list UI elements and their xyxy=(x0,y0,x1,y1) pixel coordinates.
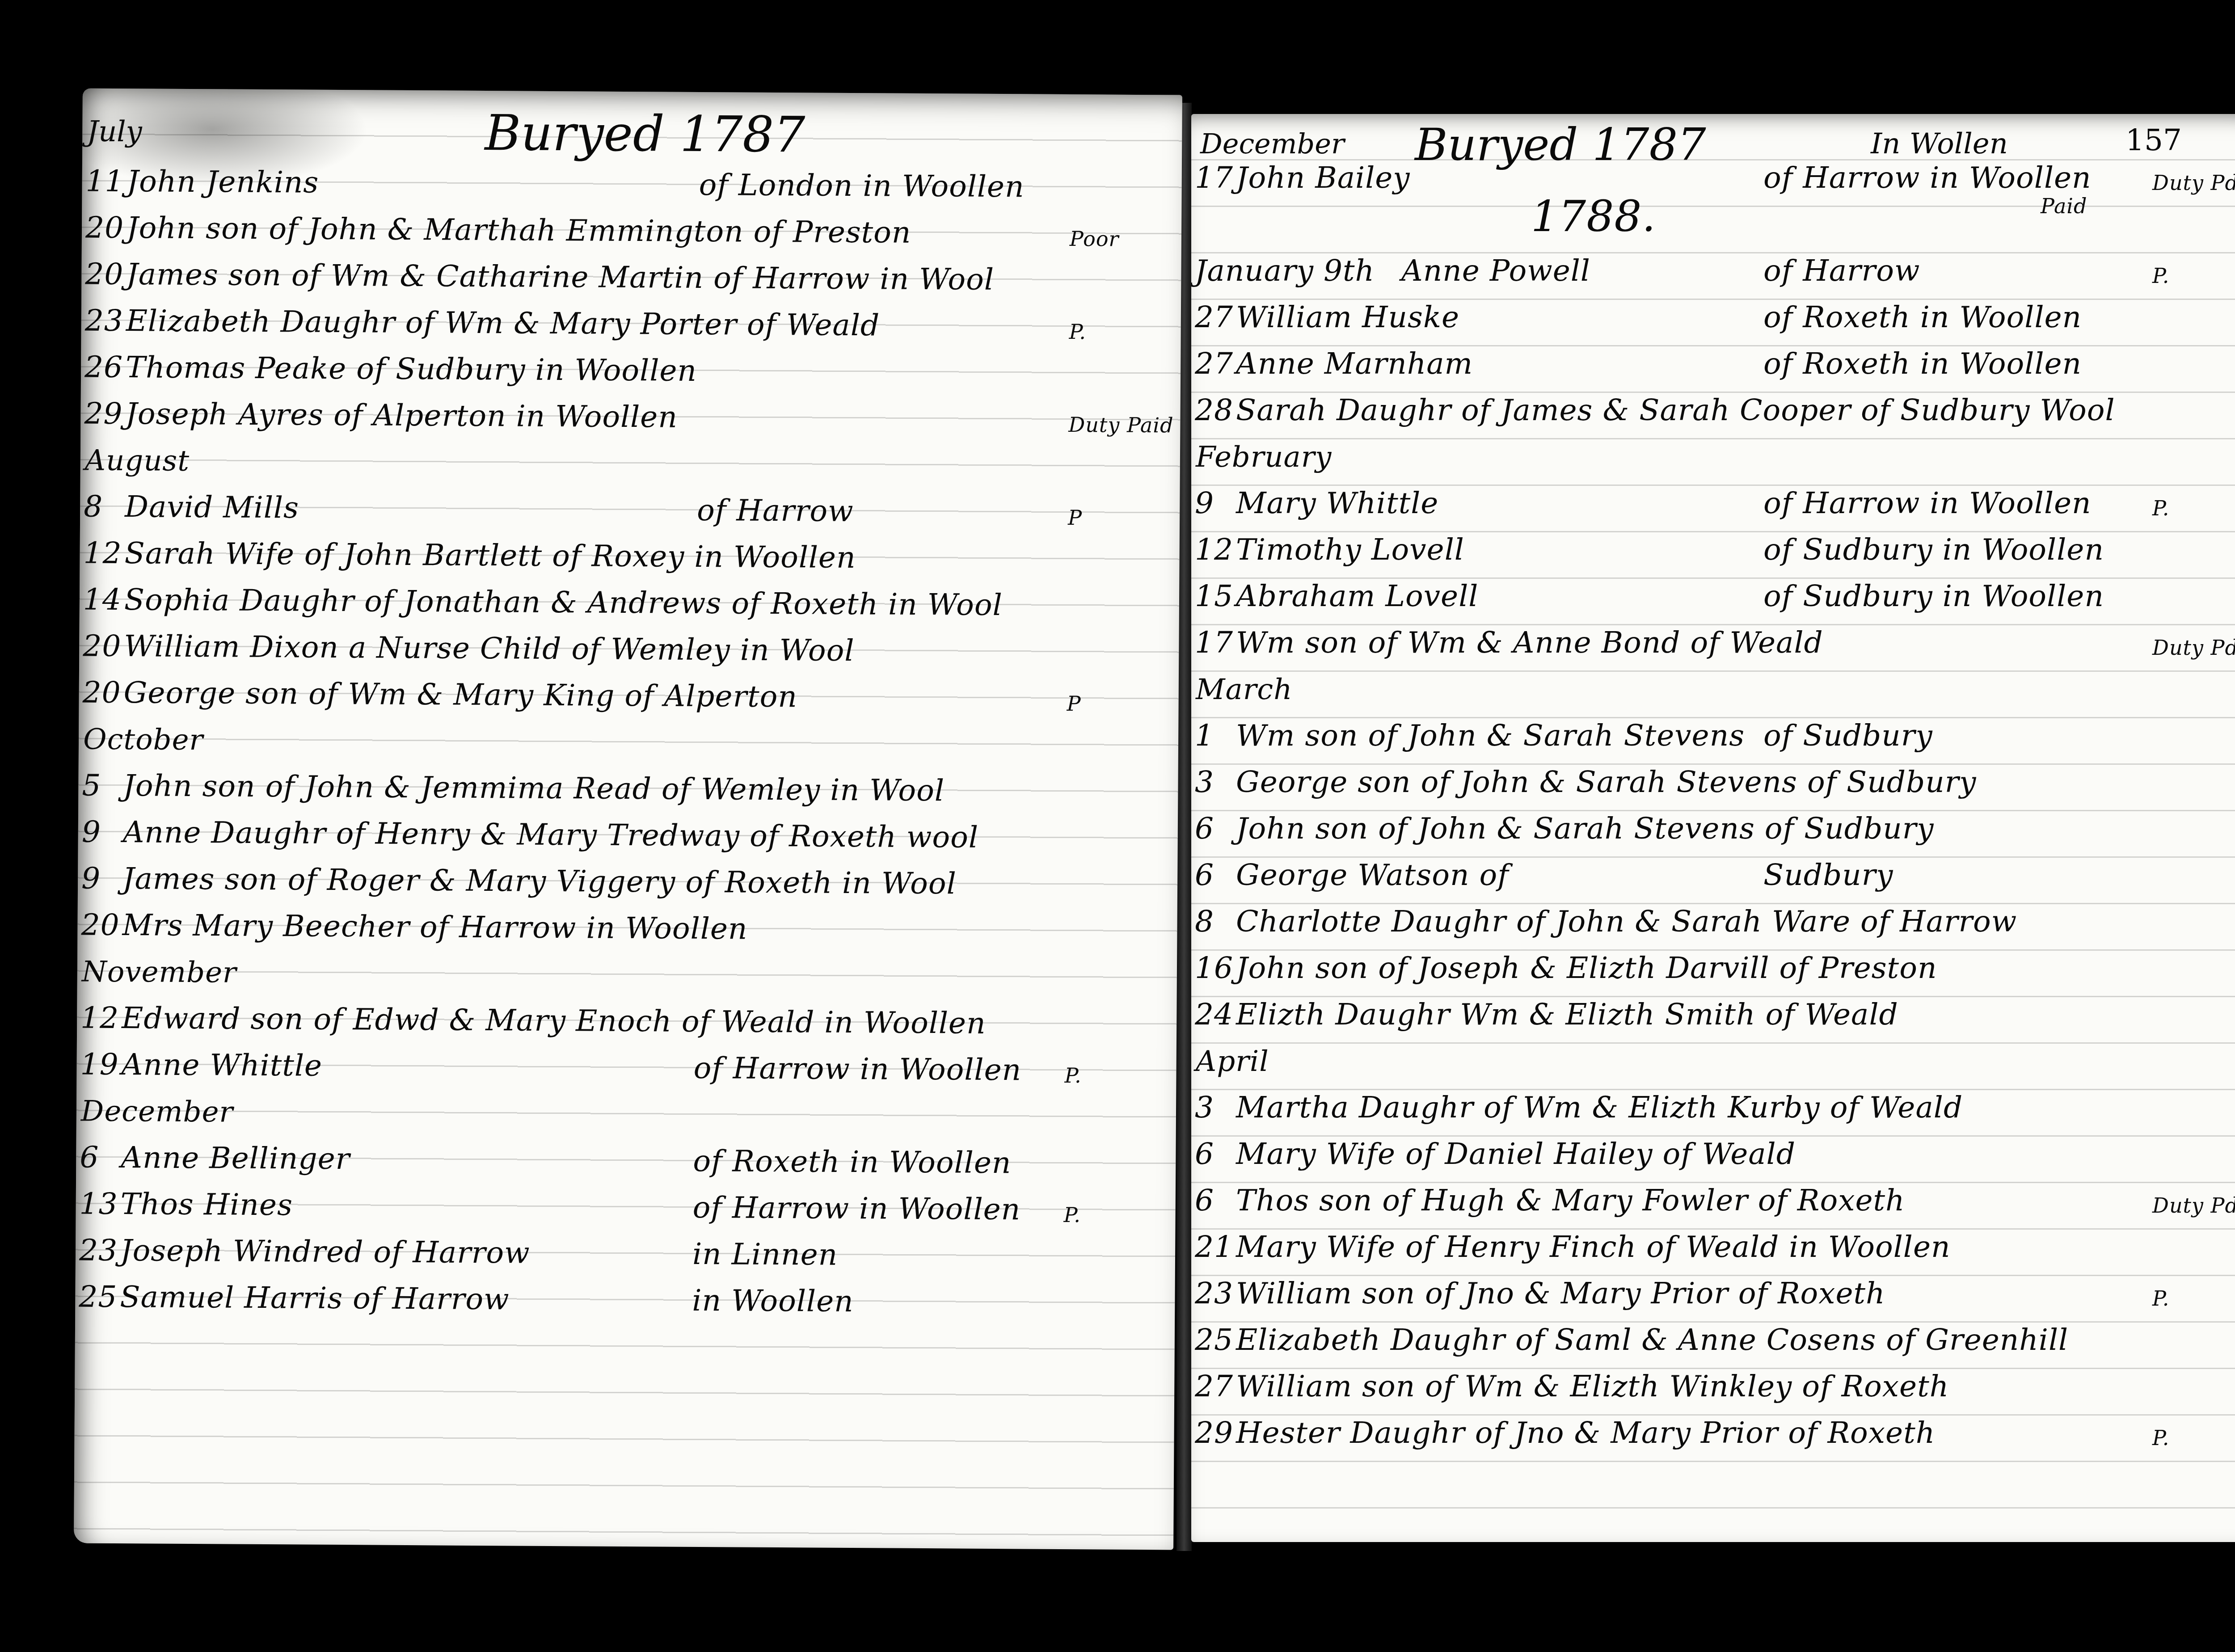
entry-name: Martha Daughr of Wm & Elizth Kurby of We… xyxy=(1236,1090,1963,1125)
burial-entry: 26Thomas Peake of Sudbury in Woollen xyxy=(81,346,1181,399)
burial-entry: 29Hester Daughr of Jno & Mary Prior of R… xyxy=(1191,1412,2235,1458)
entry-place: of Harrow in Woollen xyxy=(1763,160,2092,195)
entry-day: January 9th xyxy=(1195,253,1375,288)
burial-entry: 3George son of John & Sarah Stevens of S… xyxy=(1191,761,2235,807)
burial-entry: 8David Millsof HarrowP xyxy=(80,485,1180,539)
entry-day: 8 xyxy=(84,489,119,524)
entry-name: George son of John & Sarah Stevens of Su… xyxy=(1236,765,1977,799)
entry-place: of Harrow in Woollen xyxy=(693,1051,1021,1087)
entry-day: 19 xyxy=(80,1047,118,1082)
entry-margin-note: P. xyxy=(1069,320,1087,344)
entry-name: Timothy Lovell xyxy=(1236,532,1464,567)
month-heading: November xyxy=(82,956,237,990)
entry-name: Charlotte Daughr of John & Sarah Ware of… xyxy=(1236,904,2017,939)
entry-day: 6 xyxy=(80,1140,115,1175)
entry-name: Anne Whittle xyxy=(121,1047,322,1083)
entry-name: Samuel Harris of Harrow xyxy=(120,1280,510,1316)
entry-day: 28 xyxy=(1195,393,1233,427)
entry-name: John Jenkins xyxy=(127,164,319,200)
register-page-right: December Buryed 1787 In Wollen 157 17Joh… xyxy=(1191,114,2235,1542)
month-heading: August xyxy=(80,439,1181,492)
burial-entry: 6Anne Bellingerof Roxeth in Woollen xyxy=(76,1136,1176,1189)
entry-day: 11 xyxy=(85,164,124,199)
entry-day: 25 xyxy=(1195,1323,1233,1357)
entry-day: 20 xyxy=(81,908,119,943)
entry-margin-note: Duty Paid xyxy=(1068,413,1173,437)
entry-place: in Woollen xyxy=(692,1283,854,1319)
entry-day: 23 xyxy=(85,303,123,338)
entry-day: 9 xyxy=(1195,486,1231,520)
entry-day: 6 xyxy=(1195,858,1231,892)
burial-entry: 24Elizth Daughr Wm & Elizth Smith of Wea… xyxy=(1191,993,2235,1040)
burial-entry: 1Wm son of John & Sarah Stevensof Sudbur… xyxy=(1191,714,2235,761)
entry-name: Mary Wife of Daniel Hailey of Weald xyxy=(1236,1137,1796,1171)
month-heading: December xyxy=(1200,127,1345,160)
entry-day: 6 xyxy=(1195,811,1231,846)
entry-name: James son of Roger & Mary Viggery of Rox… xyxy=(122,861,957,901)
entry-margin-note: P. xyxy=(2152,496,2169,520)
page-number: 157 xyxy=(2125,123,2182,157)
burial-entry: 8Charlotte Daughr of John & Sarah Ware o… xyxy=(1191,900,2235,947)
month-heading: October xyxy=(79,717,1179,771)
burial-entry: 27William Huskeof Roxeth in Woollen xyxy=(1191,296,2235,342)
entry-day: 14 xyxy=(83,582,122,617)
entry-name: Thomas Peake of Sudbury in Woollen xyxy=(126,350,697,388)
entry-name: Thos son of Hugh & Mary Fowler of Roxeth xyxy=(1236,1183,1905,1218)
entry-day: 12 xyxy=(80,1001,119,1036)
entry-name: Edward son of Edwd & Mary Enoch of Weald… xyxy=(122,1001,986,1041)
burial-entry: 20Mrs Mary Beecher of Harrow in Woollen xyxy=(77,903,1177,957)
entry-day: 29 xyxy=(1195,1416,1233,1450)
burial-entry: 12Sarah Wife of John Bartlett of Roxey i… xyxy=(80,531,1180,585)
burial-entry: 11John Jenkinsof London in Woollen xyxy=(82,160,1182,213)
month-heading: April xyxy=(1196,1045,1269,1078)
entry-day: 26 xyxy=(84,350,123,385)
entry-day: 20 xyxy=(82,675,121,710)
entry-name: Elizabeth Daughr of Wm & Mary Porter of … xyxy=(126,303,880,342)
month-heading: December xyxy=(76,1089,1177,1142)
entry-day: 12 xyxy=(1195,532,1233,567)
entry-name: John son of Joseph & Elizth Darvill of P… xyxy=(1236,951,1937,985)
burial-entry: 12Edward son of Edwd & Mary Enoch of Wea… xyxy=(77,996,1177,1049)
entry-margin-note: P. xyxy=(2152,1426,2169,1450)
entry-name: John son of John & Jemmima Read of Wemle… xyxy=(123,768,945,808)
burial-entry: 27Anne Marnhamof Roxeth in Woollen xyxy=(1191,342,2235,389)
entry-name: John son of John & Sarah Stevens of Sudb… xyxy=(1236,811,1934,846)
burial-entry: 3Martha Daughr of Wm & Elizth Kurby of W… xyxy=(1191,1086,2235,1133)
entry-place: of Sudbury in Woollen xyxy=(1763,532,2104,567)
entry-name: David Mills xyxy=(125,489,299,525)
burial-entry: 6John son of John & Sarah Stevens of Sud… xyxy=(1191,807,2235,854)
entry-margin-note: Duty Pd xyxy=(2152,171,2235,195)
entry-margin-note: P. xyxy=(2152,264,2169,288)
burial-entry: 9James son of Roger & Mary Viggery of Ro… xyxy=(78,857,1178,910)
entry-margin-note: P. xyxy=(1063,1203,1081,1227)
entry-name: George son of Wm & Mary King of Alperton xyxy=(123,675,797,714)
burial-entry: 29Joseph Ayres of Alperton in WoollenDut… xyxy=(80,392,1181,446)
burial-entry: 20William Dixon a Nurse Child of Wemley … xyxy=(79,624,1179,678)
entry-day: 15 xyxy=(1195,579,1233,613)
burial-entry: 6Mary Wife of Daniel Hailey of Weald xyxy=(1191,1133,2235,1179)
entry-place: of London in Woollen xyxy=(699,168,1024,204)
burial-entry: 16John son of Joseph & Elizth Darvill of… xyxy=(1191,947,2235,993)
entry-name: William Huske xyxy=(1236,300,1459,334)
entry-margin-note: P xyxy=(1067,691,1081,716)
entry-name: Anne Daughr of Henry & Mary Tredway of R… xyxy=(123,815,979,855)
entry-name: William son of Wm & Elizth Winkley of Ro… xyxy=(1236,1369,1949,1403)
entry-place: of Roxeth in Woollen xyxy=(1763,300,2082,334)
month-heading: March xyxy=(1196,673,1292,706)
entry-day: 8 xyxy=(1195,904,1231,939)
burial-entry: 9Mary Whittleof Harrow in WoollenP. xyxy=(1191,482,2235,528)
entry-day: 16 xyxy=(1195,951,1233,985)
burial-entry: 5John son of John & Jemmima Read of Weml… xyxy=(78,764,1178,817)
entry-name: Thos Hines xyxy=(120,1187,293,1222)
entry-name: John Bailey xyxy=(1236,160,1410,195)
entry-day: 20 xyxy=(85,257,123,292)
entry-name: Sarah Wife of John Bartlett of Roxey in … xyxy=(124,536,856,575)
entry-day: 9 xyxy=(82,815,118,849)
burial-entry: 23Joseph Windred of Harrowin Linnen xyxy=(76,1229,1176,1282)
entry-name: Elizth Daughr Wm & Elizth Smith of Weald xyxy=(1236,997,1898,1032)
entry-day: 23 xyxy=(1195,1276,1233,1311)
entry-name: Anne Marnham xyxy=(1236,346,1473,381)
entry-day: 5 xyxy=(82,768,118,803)
entry-place: of Sudbury in Woollen xyxy=(1763,579,2104,613)
entry-margin-note: Duty Pd xyxy=(2152,1193,2235,1218)
month-heading: March xyxy=(1191,668,2235,714)
entry-day: 23 xyxy=(79,1233,118,1268)
month-heading: April xyxy=(1191,1040,2235,1086)
entry-place: of Harrow xyxy=(1763,253,1920,288)
entry-day: 29 xyxy=(84,396,122,431)
burial-entry: 6Thos son of Hugh & Mary Fowler of Roxet… xyxy=(1191,1179,2235,1226)
burial-entry: 23Elizabeth Daughr of Wm & Mary Porter o… xyxy=(81,299,1181,353)
month-heading: December xyxy=(81,1095,233,1129)
entry-day: 27 xyxy=(1195,300,1233,334)
entry-day: 17 xyxy=(1195,625,1233,660)
burial-entry: 19Anne Whittleof Harrow in WoollenP. xyxy=(76,1043,1177,1096)
burial-entry: 20George son of Wm & Mary King of Alpert… xyxy=(79,671,1179,724)
entry-day: 13 xyxy=(79,1187,118,1222)
month-heading: February xyxy=(1196,441,1332,474)
entry-place: Sudbury xyxy=(1763,858,1893,892)
burial-entry: 12Timothy Lovellof Sudbury in Woollen xyxy=(1191,528,2235,575)
burial-entry: 15Abraham Lovellof Sudbury in Woollen xyxy=(1191,575,2235,621)
entry-name: Anne Bellinger xyxy=(121,1140,350,1176)
column-note: In Wollen xyxy=(1871,127,2008,160)
entry-day: 9 xyxy=(81,861,117,896)
entry-place: in Linnen xyxy=(692,1237,838,1272)
entry-name: Sarah Daughr of James & Sarah Cooper of … xyxy=(1236,393,2115,427)
page-title: Buryed 1787 xyxy=(485,104,805,163)
month-heading: July xyxy=(87,115,142,149)
entry-margin-note: P. xyxy=(1064,1063,1082,1087)
entry-day: 3 xyxy=(1195,1090,1231,1125)
entry-day: 27 xyxy=(1195,1369,1233,1403)
burial-entry: 17Wm son of Wm & Anne Bond of WealdDuty … xyxy=(1191,621,2235,668)
entry-name: Elizabeth Daughr of Saml & Anne Cosens o… xyxy=(1236,1323,2068,1357)
burial-entry: 20John son of John & Marthah Emmington o… xyxy=(82,206,1182,260)
entry-place: of Harrow in Woollen xyxy=(1763,486,2092,520)
entry-day: 12 xyxy=(83,536,122,571)
burial-entry: 13Thos Hinesof Harrow in WoollenP. xyxy=(76,1182,1176,1235)
entry-name: George Watson of xyxy=(1236,858,1509,892)
entry-name: Abraham Lovell xyxy=(1236,579,1478,613)
entry-name: Mary Whittle xyxy=(1236,486,1438,520)
month-heading: August xyxy=(85,444,190,478)
entry-name: Sophia Daughr of Jonathan & Andrews of R… xyxy=(124,582,1003,622)
entry-day: 20 xyxy=(83,629,121,664)
burial-entry: 20James son of Wm & Catharine Martin of … xyxy=(81,253,1181,306)
year-heading: 1788. xyxy=(1531,191,1656,241)
entry-day: 6 xyxy=(1195,1137,1231,1171)
entry-day: 24 xyxy=(1195,997,1233,1032)
burial-entry: 6George Watson ofSudbury xyxy=(1191,854,2235,900)
entry-name: James son of Wm & Catharine Martin of Ha… xyxy=(126,257,994,297)
entry-day: 25 xyxy=(79,1280,117,1315)
year-heading: 1788.Paid xyxy=(1191,203,2235,249)
burial-entry: 14Sophia Daughr of Jonathan & Andrews of… xyxy=(80,578,1180,631)
burial-entry: January 9thAnne Powellof HarrowP. xyxy=(1191,249,2235,296)
register-page-left: July Buryed 1787 11John Jenkinsof London… xyxy=(74,88,1182,1550)
entry-day: 6 xyxy=(1195,1183,1231,1218)
entry-place: of Harrow xyxy=(697,493,854,528)
entry-day: 20 xyxy=(85,211,124,245)
entry-place: of Harrow in Woollen xyxy=(692,1190,1021,1226)
entry-day: 3 xyxy=(1195,765,1231,799)
paid-note: Paid xyxy=(2041,194,2087,218)
entry-margin-note: P. xyxy=(2152,1286,2169,1311)
burial-entry: 21Mary Wife of Henry Finch of Weald in W… xyxy=(1191,1226,2235,1272)
entry-name: William son of Jno & Mary Prior of Roxet… xyxy=(1236,1276,1885,1311)
entry-name: Mary Wife of Henry Finch of Weald in Woo… xyxy=(1236,1230,1950,1264)
month-heading: October xyxy=(83,723,203,757)
burial-entry: 25Elizabeth Daughr of Saml & Anne Cosens… xyxy=(1191,1319,2235,1365)
burial-entry: 27William son of Wm & Elizth Winkley of … xyxy=(1191,1365,2235,1412)
entry-day: 1 xyxy=(1195,718,1231,753)
entry-name: William Dixon a Nurse Child of Wemley in… xyxy=(124,629,855,668)
month-heading: February xyxy=(1191,435,2235,482)
entry-day: 17 xyxy=(1195,160,1233,195)
entry-margin-note: Poor xyxy=(1070,227,1119,251)
entry-name: Wm son of John & Sarah Stevens xyxy=(1236,718,1745,753)
entry-day: 21 xyxy=(1195,1230,1233,1264)
burial-entry: 23William son of Jno & Mary Prior of Rox… xyxy=(1191,1272,2235,1319)
burial-entry: 9Anne Daughr of Henry & Mary Tredway of … xyxy=(78,810,1178,864)
entry-place: of Roxeth in Woollen xyxy=(1763,346,2082,381)
entry-name: Mrs Mary Beecher of Harrow in Woollen xyxy=(122,908,747,946)
entry-name: Anne Powell xyxy=(1401,253,1590,288)
month-heading: November xyxy=(77,950,1177,1003)
entry-name: Wm son of Wm & Anne Bond of Weald xyxy=(1236,625,1823,660)
entry-place: of Roxeth in Woollen xyxy=(693,1144,1012,1180)
entry-name: Joseph Windred of Harrow xyxy=(120,1233,530,1270)
entry-margin-note: P xyxy=(1068,506,1082,530)
entry-margin-note: Duty Pd xyxy=(2152,636,2235,660)
entry-day: 27 xyxy=(1195,346,1233,381)
entry-name: Joseph Ayres of Alperton in Woollen xyxy=(125,396,678,434)
entry-name: Hester Daughr of Jno & Mary Prior of Rox… xyxy=(1236,1416,1935,1450)
burial-entry: 28Sarah Daughr of James & Sarah Cooper o… xyxy=(1191,389,2235,435)
burial-entry: 25Samuel Harris of Harrowin Woollen xyxy=(75,1275,1175,1328)
entry-place: of Sudbury xyxy=(1763,718,1933,753)
entry-name: John son of John & Marthah Emmington of … xyxy=(127,211,911,250)
